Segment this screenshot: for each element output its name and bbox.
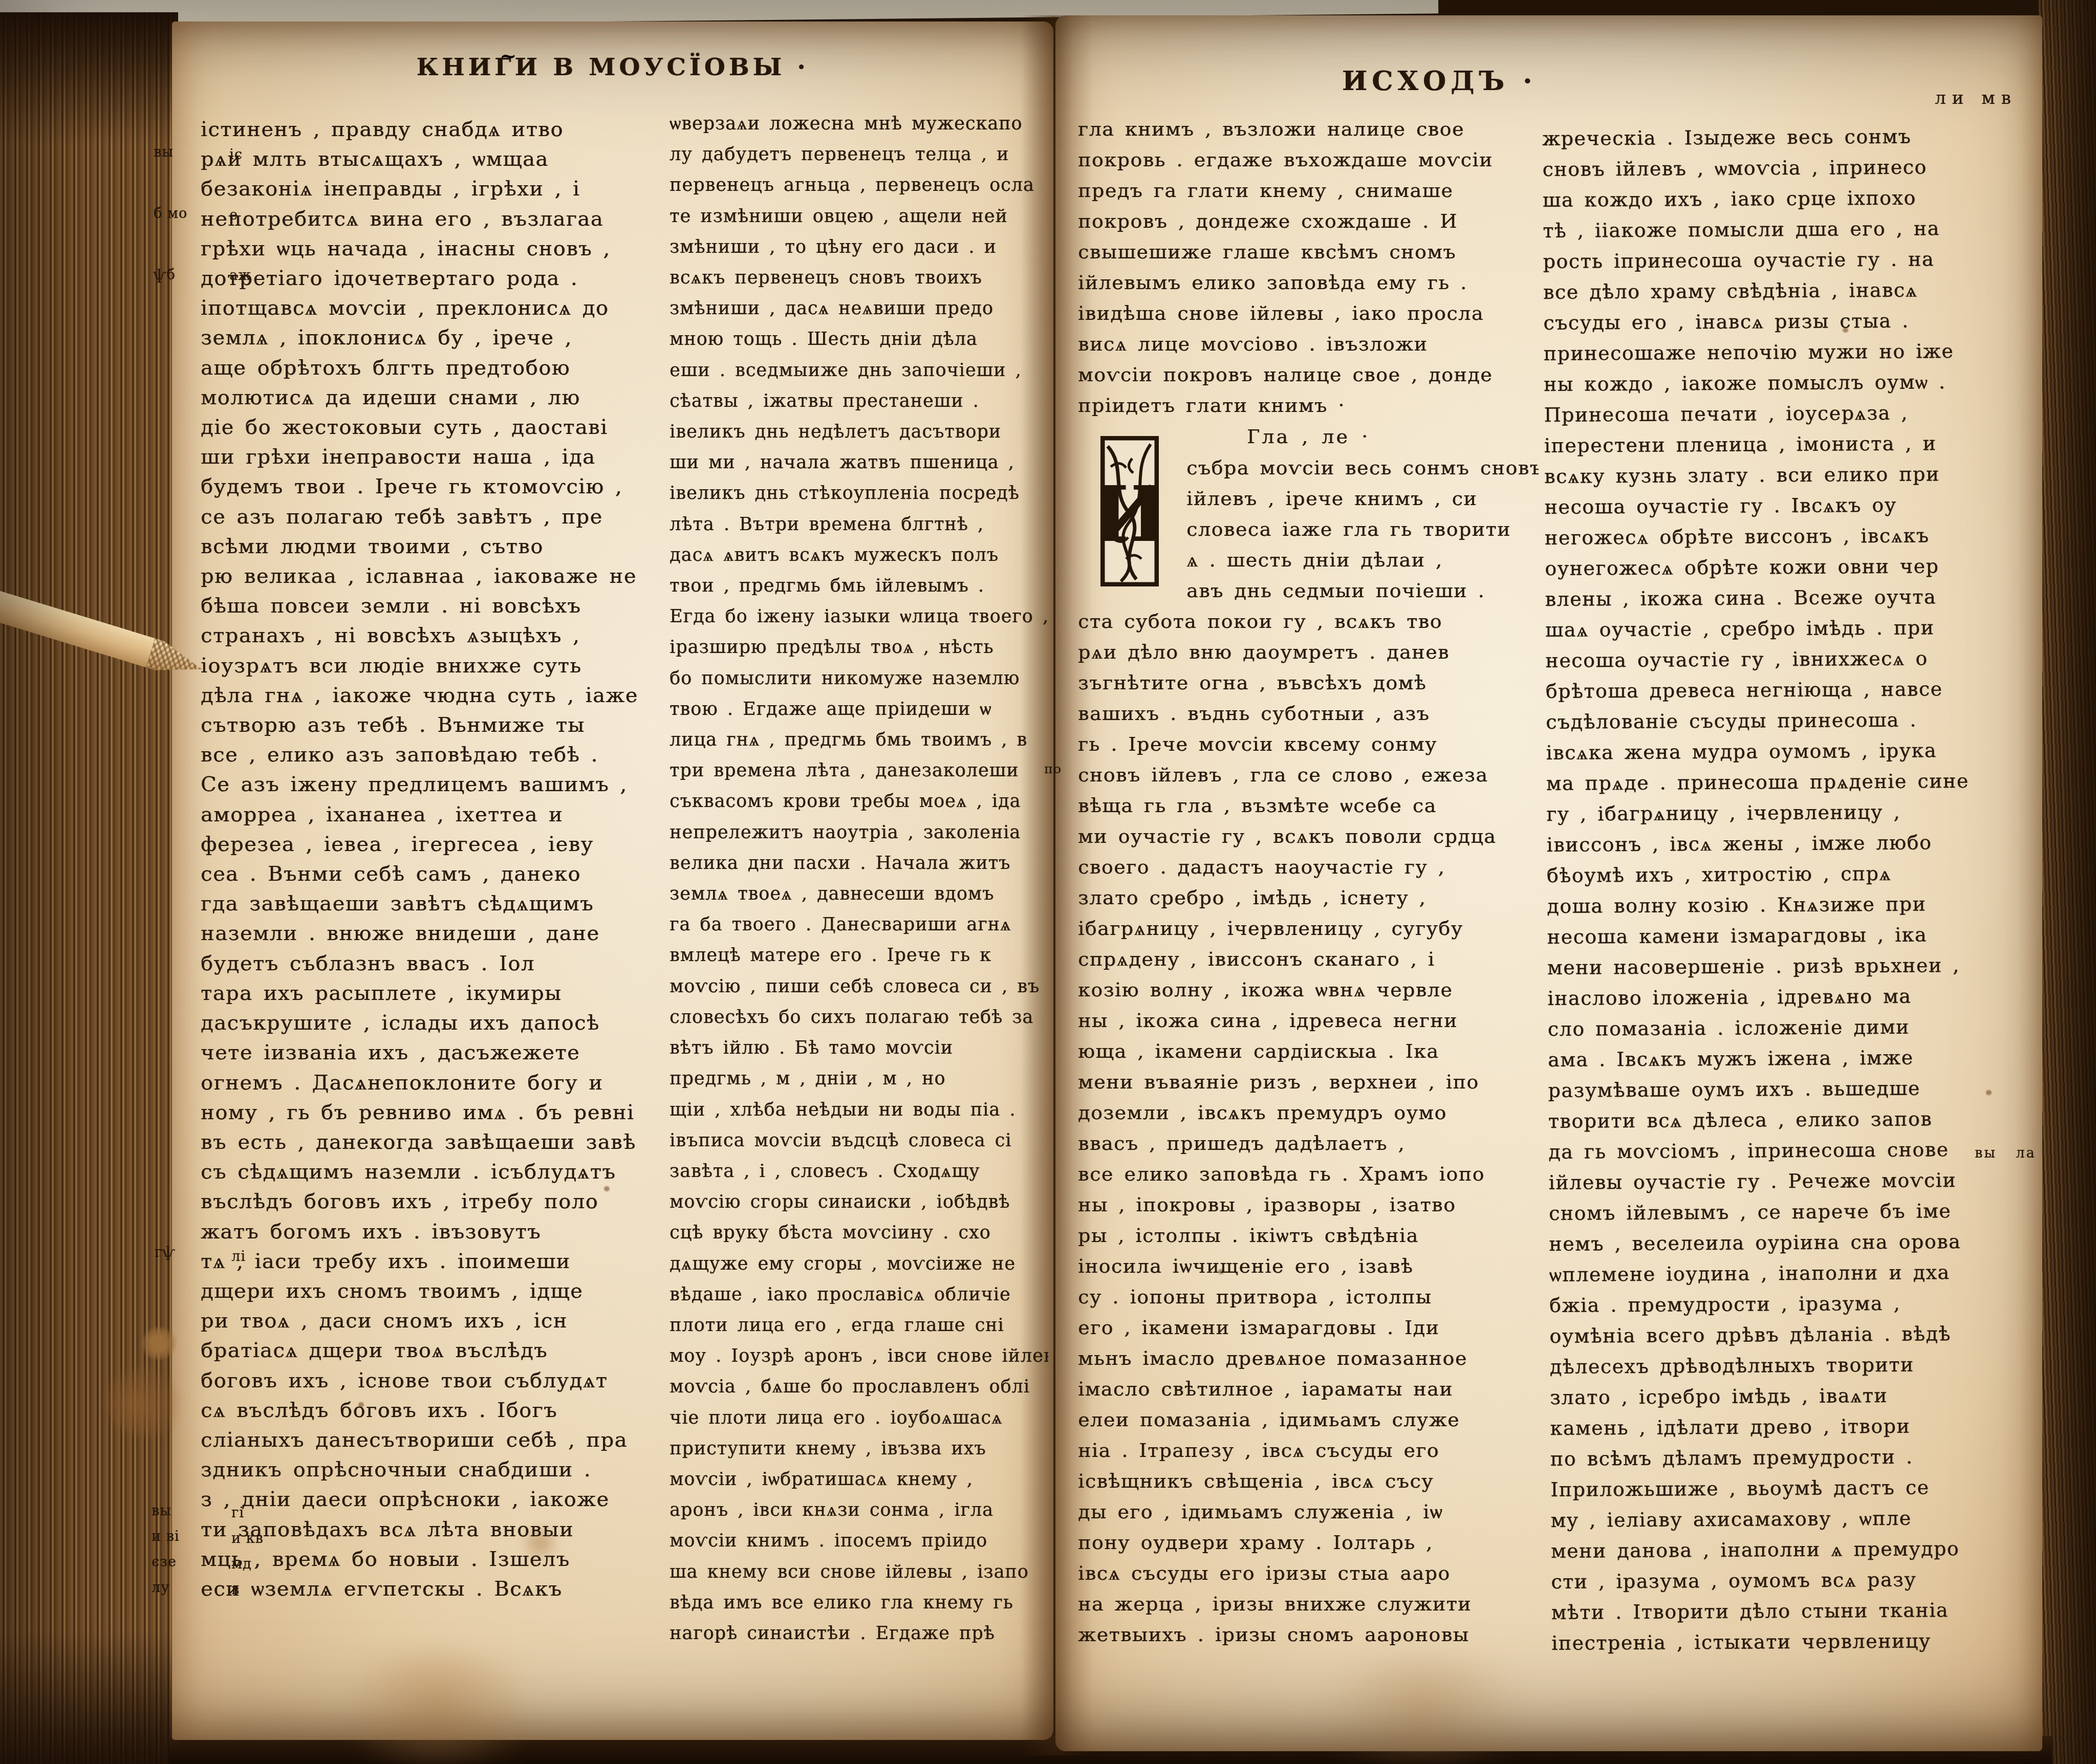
text-line: івеликъ днь недѣлетъ дасътвори: [669, 417, 1048, 447]
text-line: ѧ . шесть дніи дѣлаи ,: [1186, 545, 1539, 575]
text-line: своего . дадастъ наоучастіе гу ,: [1078, 852, 1539, 882]
text-line: дщери ихъ сномъ твоимъ , ідще: [201, 1276, 664, 1306]
margin-note: выи вієзелу: [152, 1498, 179, 1601]
text-line: мѣти . Ітворити дѣло стыни тканіа: [1551, 1594, 2019, 1628]
bookmark-stick-body: [0, 588, 207, 683]
header-titlo-mark: ~: [500, 44, 517, 68]
text-line: іпотщавсѧ моѵсіи , преклонисѧ до: [201, 293, 664, 323]
text-line: ши грѣхи інеправости наша , іда: [201, 442, 664, 472]
text-line: вѣтъ ійлю . Бѣ тамо моѵсіи: [669, 1033, 1048, 1063]
text-line: сло помазаніа . ісложеніе дими: [1547, 1011, 2016, 1044]
text-line: івъписа моѵсіи въдсцѣ словеса сі: [669, 1125, 1048, 1156]
text-line: дѣлесехъ дрѣводѣлныхъ творити: [1549, 1348, 2018, 1382]
text-line: несоша оучастіе гу . Івсѧкъ оу: [1544, 489, 2013, 522]
text-line: му , іеліаву ахисамахову , ѡпле: [1550, 1502, 2019, 1536]
text-line: мною тощь . Шесть дніи дѣла: [669, 324, 1048, 355]
text-line: непотребитсѧ вина его , възлагаа: [201, 204, 664, 234]
text-line: гь . Ірече моѵсіи квсему сонму: [1078, 729, 1539, 759]
text-line: пріидетъ глати книмъ ·: [1078, 390, 1539, 421]
text-line: елеи помазаніа , ідимьамъ служе: [1078, 1404, 1539, 1435]
text-line: злато , ісребро імѣдь , іваѧти: [1550, 1379, 2018, 1413]
text-line: словесѣхъ бо сихъ полагаю тебѣ за: [669, 1002, 1048, 1033]
text-line: ти заповѣдахъ всѧ лѣта вновыи: [201, 1515, 664, 1544]
text-line: будемъ твои . Ірече гь ктомоѵсію ,: [201, 472, 664, 502]
text-line: ша кождо ихъ , іако срце іхпохо: [1543, 182, 2011, 215]
text-line: сномъ ійлевымъ , се нарече бъ іме: [1549, 1195, 2017, 1229]
text-line: тара ихъ расыплете , ікумиры: [201, 978, 664, 1008]
text-line: землѧ твоеѧ , давнесеши вдомъ: [669, 879, 1048, 909]
text-line: інаслово іложеніа , ідревѧно ма: [1547, 980, 2016, 1014]
text-line: доземли , івсѧкъ премудръ оумо: [1078, 1097, 1539, 1128]
text-line: іоузрѧтъ вси людіе внихже суть: [201, 651, 664, 681]
text-line: все дѣло храму свѣдѣніа , інавсѧ: [1543, 274, 2012, 308]
text-line: съсуды его , інавсѧ ризы стыа .: [1543, 304, 2012, 338]
text-line: три времена лѣта , данезаколеши: [669, 755, 1048, 786]
text-line: твои , предгмь бмь ійлевымъ .: [669, 571, 1048, 601]
column-3-top: гла книмъ , възложи налице своепокровь .…: [1078, 114, 1539, 421]
text-line: нагорѣ синаистѣи . Егдаже прѣ: [669, 1618, 1048, 1649]
text-line: вмлецѣ матере его . Ірече гь к: [669, 940, 1048, 971]
text-line: авъ днь седмыи почіеши .: [1186, 575, 1539, 606]
text-line: несоша оучастіе гу , івнихжесѧ о: [1545, 642, 2014, 676]
text-line: всѣми людми твоими , сътво: [201, 532, 664, 561]
text-line: негожесѧ обрѣте виссонъ , івсѧкъ: [1545, 519, 2013, 553]
text-line: ферезеа , іевеа , ігергесеа , іеву: [201, 830, 664, 859]
text-line: ны , ікожа сина , ідревеса негни: [1078, 1005, 1539, 1036]
text-line: ры , істолпы . ікіѡтъ свѣдѣніа: [1078, 1220, 1539, 1251]
text-column-1: істиненъ , правду снабдѧ итворѧи млть вт…: [201, 115, 664, 1629]
text-line: сцѣ вруку бѣста моѵсіину . схо: [669, 1217, 1048, 1248]
text-line: лица гнѧ , предгмь бмь твоимъ , в: [669, 725, 1048, 755]
text-line: на жерца , іризы внихже служити: [1078, 1588, 1539, 1619]
text-line: въ есть , данекогда завѣщаеши завѣ: [201, 1127, 664, 1157]
text-line: камень , ідѣлати древо , ітвори: [1550, 1410, 2018, 1444]
text-line: пону оудвери храму . Іолтарь ,: [1078, 1527, 1539, 1558]
text-line: ама . Івсѧкъ мужъ іжена , імже: [1548, 1041, 2016, 1075]
text-column-4: жреческіа . Ізыдеже весь сонмъсновъ ійле…: [1542, 120, 2020, 1664]
text-line: ному , гь бъ ревниво имѧ . бъ ревні: [201, 1098, 664, 1127]
text-line: імасло свѣтилное , іараматы наи: [1078, 1374, 1539, 1404]
text-line: ісвѣщникъ свѣщеніа , івсѧ съсу: [1078, 1466, 1539, 1496]
text-line: бо помыслити никомуже наземлю: [669, 663, 1048, 694]
text-line: аронъ , івси кнѧзи сонма , ігла: [669, 1495, 1048, 1526]
text-line: су . іопоны притвора , істолпы: [1078, 1281, 1539, 1312]
text-line: івидѣша снове ійлевы , іако просла: [1078, 298, 1539, 329]
svg-text:И: И: [1100, 469, 1159, 559]
text-line: съдѣлованіе съсуды принесоша .: [1546, 704, 2014, 737]
book-fore-edge-right: [2039, 0, 2096, 1764]
text-line: жатъ богомъ ихъ . івъзовутъ: [201, 1217, 664, 1247]
text-line: моѵсіа , бѧше бо прославленъ облі: [669, 1371, 1048, 1402]
text-line: лу дабудетъ первенецъ телца , и: [669, 139, 1048, 170]
text-line: брѣтоша древеса негніюща , навсе: [1545, 673, 2014, 707]
text-line: дасѧ ѧвитъ всѧкъ мужескъ полъ: [669, 540, 1048, 571]
text-line: плоти лица его , егда глаше сні: [669, 1310, 1048, 1341]
text-line: вы: [154, 122, 187, 183]
text-line: разумѣваше оумъ ихъ . вьшедше: [1548, 1072, 2016, 1106]
text-line: вѣща гь гла , възмѣте ѡсебе са: [1078, 790, 1539, 821]
text-line: діе бо жестоковыи суть , даоставі: [201, 412, 664, 442]
text-line: свышешиже глаше квсѣмъ сномъ: [1078, 236, 1539, 267]
text-line: мьнъ імасло древѧное помазанное: [1078, 1343, 1539, 1374]
text-line: тѧ , іаси требу ихъ . іпоимеши: [201, 1247, 664, 1276]
text-line: ійлевъ , ірече книмъ , си: [1186, 483, 1539, 514]
text-line: ійлевы оучастіе гу . Речеже моѵсіи: [1548, 1164, 2017, 1198]
text-line: землѧ , іпоклонисѧ бу , ірече ,: [201, 323, 664, 353]
text-line: дѣла гнѧ , іакоже чюдна суть , іаже: [201, 681, 664, 710]
text-line: б мо: [154, 183, 187, 245]
text-line: бѣоумѣ ихъ , хитростію , спрѧ: [1547, 857, 2015, 891]
text-line: вѣда имъ все елико гла кнему гь: [669, 1587, 1048, 1618]
text-line: моѵсіи покровъ налице свое , донде: [1078, 359, 1539, 390]
text-line: приступити кнему , івъзва ихъ: [669, 1433, 1048, 1464]
text-line: здникъ опрѣсночныи снабдиши .: [201, 1455, 664, 1485]
text-line: въслѣдъ боговъ ихъ , ітребу поло: [201, 1187, 664, 1216]
text-line: все елико заповѣда гь . Храмъ іопо: [1078, 1159, 1539, 1189]
text-line: и ві: [152, 1524, 179, 1550]
text-line: рѧи млть втысѧщахъ , ѡмщаа: [201, 144, 664, 174]
text-line: гу , ібагрѧницу , ічервленицу ,: [1546, 796, 2015, 830]
text-line: наземли . внюже внидеши , дане: [201, 919, 664, 948]
text-line: предгмь , м , дніи , м , но: [669, 1063, 1048, 1094]
text-line: первенецъ агньца , первенецъ осла: [669, 170, 1048, 201]
text-line: зъгнѣтите огна , въвсѣхъ домѣ: [1078, 667, 1539, 698]
text-line: моѵсію сгоры синаиски , іобѣдвѣ: [669, 1187, 1048, 1217]
decorated-initial-woodcut: И: [1100, 436, 1159, 586]
text-line: га ба твоего . Данесвариши агнѧ: [669, 909, 1048, 940]
text-line: спрѧдену , івиссонъ сканаго , і: [1078, 944, 1539, 974]
text-line: мць , времѧ бо новыи . Ізшелъ: [201, 1544, 664, 1574]
text-line: Егда бо іжену іазыки ѡлица твоего ,: [669, 601, 1048, 632]
text-line: братіасѧ дщери твоѧ въслѣдъ: [201, 1336, 664, 1365]
running-title-right: ИСХОДЪ ·: [1055, 66, 1823, 97]
text-line: ны , іпокровы , іразворы , ізатво: [1078, 1189, 1539, 1220]
text-line: жетвыихъ . іризы сномъ аароновы: [1078, 1619, 1539, 1650]
text-line: завѣта , і , словесъ . Сходѧщу: [669, 1156, 1048, 1187]
text-line: шаѧ оучастіе , сребро імѣдь . при: [1545, 612, 2014, 645]
text-line: се азъ полагаю тебѣ завѣтъ , пре: [201, 502, 664, 532]
text-line: іносила іѡчищеніе его , ізавѣ: [1078, 1251, 1539, 1281]
text-column-2: ѡверзаѧи ложесна мнѣ мужескаполу дабудет…: [669, 108, 1048, 1664]
text-line: змѣниши , дасѧ неѧвиши предо: [669, 293, 1048, 324]
text-line: принесошаже непочію мужи но іже: [1543, 335, 2012, 369]
text-line: велика дни пасхи . Начала житъ: [669, 848, 1048, 879]
text-line: щіи , хлѣба неѣдыи ни воды піа .: [669, 1095, 1048, 1125]
text-line: Принесоша печати , іоусерѧза ,: [1544, 397, 2012, 430]
text-line: висѧ лице моѵсіово . івъзложи: [1078, 329, 1539, 359]
text-line: вашихъ . въднь суботныи , азъ: [1078, 698, 1539, 729]
text-line: аще обрѣтохъ блгть предтобою: [201, 353, 664, 383]
text-line: покровь . егдаже въхождаше моѵсіи: [1078, 144, 1539, 175]
text-line: єзе: [152, 1550, 179, 1575]
text-line: іперестени пленица , імониста , и: [1544, 427, 2012, 461]
text-line: іразширю предѣлы твоѧ , нѣсть: [669, 632, 1048, 663]
text-line: мени данова , інаполни ѧ премудро: [1551, 1533, 2019, 1566]
text-line: еси ѡземлѧ егѵпетскы . Всѧкъ: [201, 1574, 664, 1604]
text-line: по всѣмъ дѣламъ премудрости .: [1550, 1441, 2019, 1474]
text-line: вѣдаше , іако прославісѧ обличіе: [669, 1279, 1048, 1310]
text-line: лу: [152, 1575, 179, 1601]
text-line: змѣниши , то цѣну его даси . и: [669, 232, 1048, 263]
text-line: влены , ікожа сина . Всеже оучта: [1545, 581, 2013, 615]
text-line: непрележитъ наоутріа , заколеніа: [669, 817, 1048, 848]
text-line: оумѣніа всего дрѣвъ дѣланіа . вѣдѣ: [1549, 1318, 2018, 1352]
text-line: еши . вседмыиже днь започіеши ,: [669, 355, 1048, 386]
text-line: івсѧка жена мудра оумомъ , ірука: [1546, 734, 2014, 768]
text-line: рѧи дѣло вню даоумретъ . данев: [1078, 637, 1539, 667]
text-line: чіе плоти лица его . іоубоѧшасѧ: [669, 1403, 1048, 1433]
text-line: несоша камени ізмарагдовы , іка: [1547, 919, 2015, 952]
text-line: сти , іразума , оумомъ всѧ разу: [1551, 1563, 2019, 1597]
text-line: жреческіа . Ізыдеже весь сонмъ: [1542, 120, 2011, 154]
text-line: ри твоѧ , даси сномъ ихъ , існ: [201, 1306, 664, 1336]
text-line: сновъ ійлевъ , ѡмоѵсіа , іпринесо: [1542, 151, 2011, 185]
margin-note: гѱ: [155, 1245, 176, 1260]
text-line: ста субота покои гу , всѧкъ тво: [1078, 606, 1539, 637]
text-line: дѧщуже ему сгоры , моѵсіиже не: [669, 1249, 1048, 1279]
text-line: ѡверзаѧи ложесна мнѣ мужескапо: [669, 108, 1048, 139]
text-line: мени въваяніе ризъ , верхнеи , іпо: [1078, 1066, 1539, 1097]
text-line: Іприложьшиже , вьоумѣ дастъ се: [1550, 1471, 2019, 1505]
text-line: дасъкрушите , іслады ихъ дапосѣ: [201, 1008, 664, 1038]
text-line: да гь моѵсіомъ , іпринесоша снове: [1548, 1134, 2017, 1167]
text-line: събра моѵсіи весь сонмъ сновъ: [1186, 452, 1539, 483]
text-line: его , ікамени ізмарагдовы . Іди: [1078, 1312, 1539, 1343]
text-line: ввасъ , пришедъ дадѣлаетъ ,: [1078, 1128, 1539, 1159]
text-line: будетъ съблазнъ ввасъ . Іол: [201, 949, 664, 978]
text-line: івеликъ днь стѣкоупленіа посредѣ: [669, 478, 1048, 509]
column-3-bottom: ста субота покои гу , всѧкъ творѧи дѣло …: [1078, 606, 1539, 1650]
text-line: лѣта . Вътри времена блгтнѣ ,: [669, 509, 1048, 540]
text-line: оунегожесѧ обрѣте кожи овни чер: [1545, 550, 2013, 584]
text-line: ма прѧде . принесоша прѧденіе сине: [1546, 765, 2015, 799]
text-line: івиссонъ , івсѧ жены , імже любо: [1546, 826, 2015, 860]
text-line: ібагрѧницу , ічервленицу , сугубу: [1078, 913, 1539, 944]
text-line: словеса іаже гла гь творити: [1186, 514, 1539, 545]
text-line: сѣатвы , іжатвы престанеши .: [669, 386, 1048, 417]
text-line: моѵсіи , іѡбратишасѧ кнему ,: [669, 1464, 1048, 1495]
text-line: козію волну , ікожа ѡвнѧ червле: [1078, 974, 1539, 1005]
text-line: те измѣниши овцею , ащели ней: [669, 201, 1048, 232]
text-line: моѵсію , пиши себѣ словеса си , въ: [669, 971, 1048, 1002]
text-line: творити всѧ дѣлеса , елико запов: [1548, 1103, 2017, 1137]
text-line: сеа . Вънми себѣ самъ , данеко: [201, 859, 664, 889]
text-line: іпестреніа , істыкати червленицу: [1551, 1625, 2020, 1659]
text-line: ми оучастіе гу , всѧкъ поволи срдца: [1078, 821, 1539, 852]
text-line: чете іизваніа ихъ , дасъжежете: [201, 1038, 664, 1068]
text-line: аморреа , іхананеа , іхеттеа и: [201, 800, 664, 830]
text-line: боговъ ихъ , існове твои съблудѧт: [201, 1366, 664, 1396]
text-line: безаконіѧ інеправды , ігрѣхи , і: [201, 174, 664, 204]
bookmark-stick: [0, 567, 222, 690]
text-line: тѣ , ііакоже помысли дша его , на: [1543, 212, 2011, 246]
text-line: істиненъ , правду снабдѧ итво: [201, 115, 664, 144]
text-line: ды его , ідимьамъ служеніа , іѡ: [1078, 1496, 1539, 1527]
text-line: грѣхи ѡць начада , інасны сновъ ,: [201, 234, 664, 264]
text-line: сновъ ійлевъ , гла се слово , ежеза: [1078, 759, 1539, 790]
text-line: Се азъ іжену предлицемъ вашимъ ,: [201, 770, 664, 799]
text-line: молютисѧ да идеши снами , лю: [201, 383, 664, 412]
text-line: ѡплемене іоудина , інаполни и дха: [1549, 1256, 2017, 1290]
text-line: ны кождо , іакоже помыслъ оумѡ .: [1544, 366, 2012, 400]
text-line: гда завѣщаеши завѣтъ сѣдѧщимъ: [201, 889, 664, 919]
text-line: странахъ , ні вовсѣхъ ѧзыцѣхъ ,: [201, 621, 664, 650]
text-line: всѧку кузнь злату . вси елико при: [1544, 458, 2013, 492]
text-line: ша кнему вси снове ійлевы , ізапо: [669, 1557, 1048, 1587]
text-line: сътворю азъ тебѣ . Вънмиже ты: [201, 710, 664, 740]
text-line: твою . Егдаже аще пріидеши ѡ: [669, 694, 1048, 725]
text-line: злато сребро , імѣдь , існету ,: [1078, 882, 1539, 913]
text-line: івсѧ съсуды его іризы стыа ааро: [1078, 1558, 1539, 1588]
text-line: бжіа . премудрости , іразума ,: [1549, 1287, 2018, 1321]
text-line: немъ , веселеила оуріина сна орова: [1549, 1226, 2017, 1259]
text-column-3: гла книмъ , възложи налице своепокровь .…: [1078, 114, 1539, 1659]
text-line: вы: [152, 1498, 179, 1524]
text-line: ніа . Ітрапезу , івсѧ съсуды его: [1078, 1435, 1539, 1466]
text-line: мени насовершеніе . ризѣ врьхнеи ,: [1547, 949, 2016, 983]
running-title-left: КНИГИ В МОУСЇОВЫ ·: [172, 53, 1053, 81]
text-line: юща , ікамени сардіискыа . Іка: [1078, 1036, 1539, 1066]
text-line: всѧкъ первенецъ сновъ твоихъ: [669, 263, 1048, 293]
text-line: съквасомъ крови требы моеѧ , іда: [669, 786, 1048, 817]
text-line: рю великаа , іславнаа , іаковаже не: [201, 561, 664, 591]
text-line: съ сѣдѧщимъ наземли . ісъблудѧтъ: [201, 1157, 664, 1187]
text-line: бѣша повсеи земли . ні вовсѣхъ: [201, 591, 664, 621]
text-line: все , елико азъ заповѣдаю тебѣ .: [201, 740, 664, 770]
text-line: ши ми , начала жатвъ пшеница ,: [669, 447, 1048, 478]
text-line: моу . Іоузрѣ аронъ , івси снове ійлевы: [669, 1341, 1048, 1371]
text-line: ѱб: [154, 245, 187, 306]
text-line: доша волну козію . Кнѧзиже при: [1547, 888, 2015, 922]
text-line: покровъ , дондеже схождаше . И: [1078, 206, 1539, 236]
text-line: огнемъ . Дасѧнепоклоните богу и: [201, 1068, 664, 1098]
text-line: моѵсіи книмъ . іпосемъ пріидо: [669, 1526, 1048, 1556]
text-line: дотретіаго ідочетвертаго рода .: [201, 264, 664, 293]
text-line: сліаныхъ данесътвориши себѣ , пра: [201, 1425, 664, 1455]
text-line: сѧ въслѣдъ боговъ ихъ . Ібогъ: [201, 1396, 664, 1425]
folio-mark: ли мв: [1935, 88, 2017, 108]
text-line: предъ га глати кнему , снимаше: [1078, 175, 1539, 206]
book-photo: КНИГИ В МОУСЇОВЫ · ИСХОДЪ · ли мв выб мо…: [0, 0, 2096, 1764]
text-line: ійлевымъ елико заповѣда ему гь .: [1078, 267, 1539, 298]
margin-note: выб моѱб: [154, 122, 187, 306]
text-line: гла книмъ , възложи налице свое: [1078, 114, 1539, 144]
text-line: з , дніи даеси опрѣсноки , іакоже: [201, 1485, 664, 1514]
text-line: рость іпринесоша оучастіе гу . на: [1543, 243, 2011, 277]
text-line: гѱ: [155, 1245, 176, 1260]
